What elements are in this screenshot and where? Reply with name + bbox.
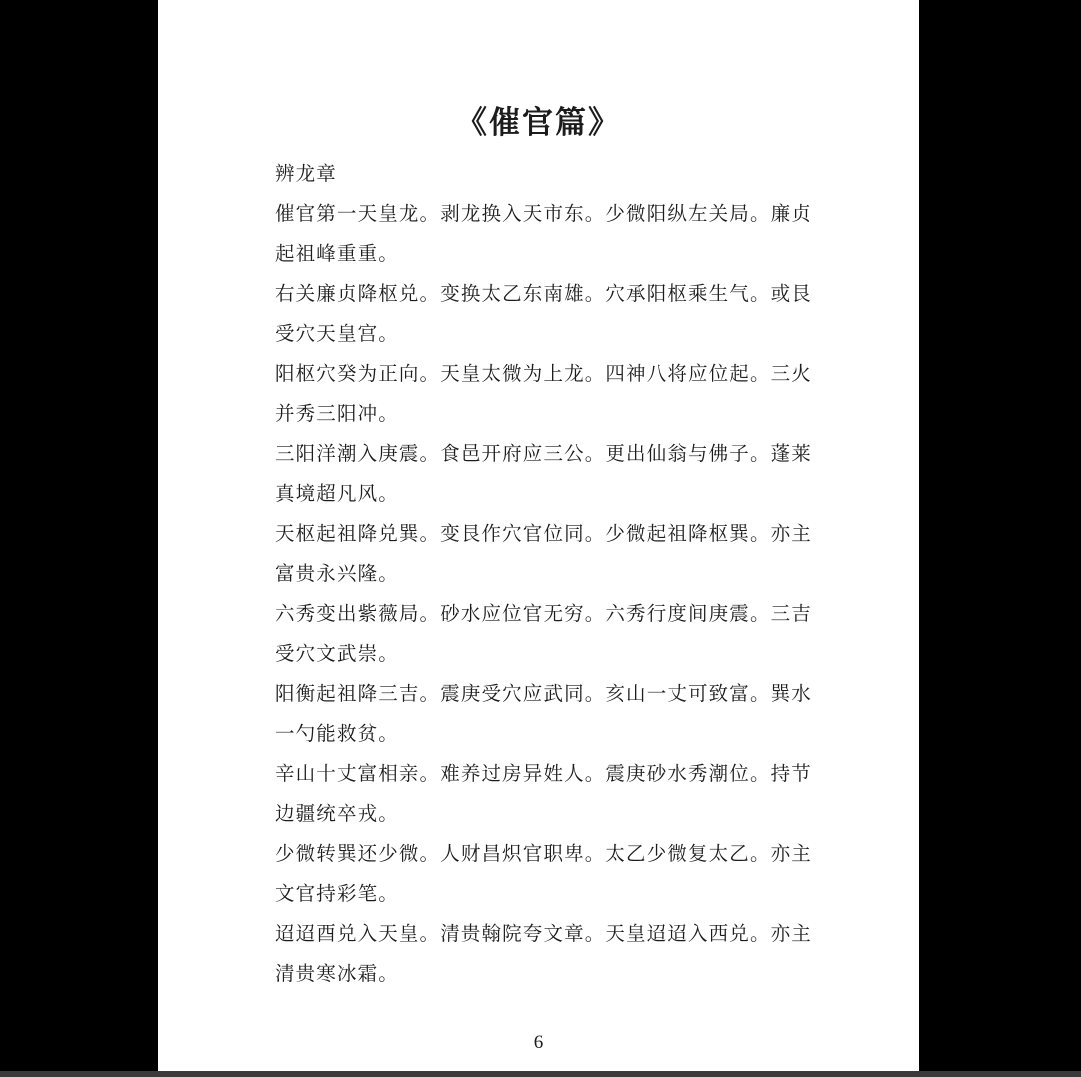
text-line: 真境超凡风。 [275,475,835,515]
paragraph: 三阳洋潮入庚震。食邑开府应三公。更出仙翁与佛子。蓬莱 真境超凡风。 [275,435,835,515]
paragraph: 少微转巽还少微。人财昌炽官职卑。太乙少微复太乙。亦主 文官持彩笔。 [275,835,835,915]
page-number: 6 [158,1023,919,1063]
text-line: 少微转巽还少微。人财昌炽官职卑。太乙少微复太乙。亦主 [275,835,835,875]
text-line: 辛山十丈富相亲。难养过房异姓人。震庚砂水秀潮位。持节 [275,755,835,795]
paragraph: 天枢起祖降兑巽。变艮作穴官位同。少微起祖降枢巽。亦主 富贵永兴隆。 [275,515,835,595]
page-title: 《催官篇》 [158,97,919,142]
paragraph: 迢迢酉兑入天皇。清贵翰院夸文章。天皇迢迢入西兑。亦主 清贵寒冰霜。 [275,915,835,995]
text-line: 富贵永兴隆。 [275,555,835,595]
text-line: 催官第一天皇龙。剥龙换入天市东。少微阳纵左关局。廉贞 [275,195,835,235]
section-heading: 辨龙章 [275,155,835,195]
paragraph: 右关廉贞降枢兑。变换太乙东南雄。穴承阳枢乘生气。或艮 受穴天皇宫。 [275,275,835,355]
text-line: 一勺能救贫。 [275,715,835,755]
paragraph: 阳枢穴癸为正向。天皇太微为上龙。四神八将应位起。三火 并秀三阳冲。 [275,355,835,435]
text-line: 六秀变出紫薇局。砂水应位官无穷。六秀行度间庚震。三吉 [275,595,835,635]
text-line: 阳衡起祖降三吉。震庚受穴应武同。亥山一丈可致富。巽水 [275,675,835,715]
text-line: 天枢起祖降兑巽。变艮作穴官位同。少微起祖降枢巽。亦主 [275,515,835,555]
text-line: 三阳洋潮入庚震。食邑开府应三公。更出仙翁与佛子。蓬莱 [275,435,835,475]
text-line: 并秀三阳冲。 [275,395,835,435]
text-line: 起祖峰重重。 [275,235,835,275]
text-line: 边疆统卒戎。 [275,795,835,835]
text-line: 受穴文武崇。 [275,635,835,675]
paragraph: 辛山十丈富相亲。难养过房异姓人。震庚砂水秀潮位。持节 边疆统卒戎。 [275,755,835,835]
text-line: 受穴天皇宫。 [275,315,835,355]
document-page: 《催官篇》 辨龙章 催官第一天皇龙。剥龙换入天市东。少微阳纵左关局。廉贞 起祖峰… [158,0,919,1077]
text-line: 右关廉贞降枢兑。变换太乙东南雄。穴承阳枢乘生气。或艮 [275,275,835,315]
paragraph: 催官第一天皇龙。剥龙换入天市东。少微阳纵左关局。廉贞 起祖峰重重。 [275,195,835,275]
text-line: 清贵寒冰霜。 [275,955,835,995]
text-line: 文官持彩笔。 [275,875,835,915]
text-line: 迢迢酉兑入天皇。清贵翰院夸文章。天皇迢迢入西兑。亦主 [275,915,835,955]
bottom-bar [0,1071,1081,1077]
text-line: 阳枢穴癸为正向。天皇太微为上龙。四神八将应位起。三火 [275,355,835,395]
paragraph: 六秀变出紫薇局。砂水应位官无穷。六秀行度间庚震。三吉 受穴文武崇。 [275,595,835,675]
paragraph: 阳衡起祖降三吉。震庚受穴应武同。亥山一丈可致富。巽水 一勺能救贫。 [275,675,835,755]
text-block: 辨龙章 催官第一天皇龙。剥龙换入天市东。少微阳纵左关局。廉贞 起祖峰重重。 右关… [275,155,835,995]
document-viewer: 《催官篇》 辨龙章 催官第一天皇龙。剥龙换入天市东。少微阳纵左关局。廉贞 起祖峰… [0,0,1081,1077]
